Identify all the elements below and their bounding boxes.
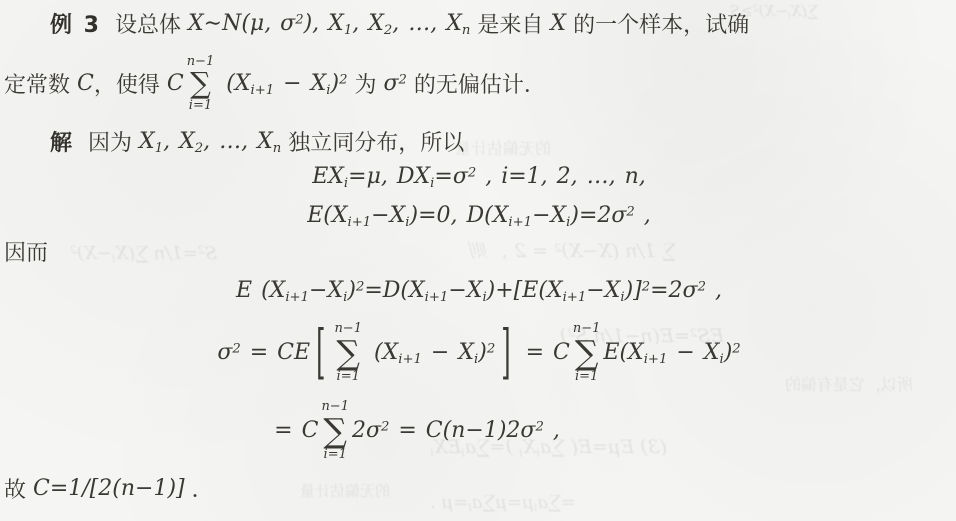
math-run: σ2 = CE	[217, 340, 310, 365]
math-run: X∼N(μ, σ2), X1, X2, …, Xn	[188, 11, 470, 36]
equation-e-d-diff: E(Xi+1−Xi)=0, D(Xi+1−Xi)=2σ2 ,	[4, 195, 954, 235]
statement-text: 故	[4, 473, 33, 504]
textbook-page: ∑(Xi−X)2≥S 的无偏估计量 ∑ 1/n (X−X)2 = 2 ，则 S2…	[0, 0, 956, 521]
conclusion-line: 故 C=1/[2(n−1)] ．	[4, 468, 954, 508]
math-run: E(Xi+1 − Xi)2	[603, 340, 740, 365]
sigma-icon: ∑	[336, 336, 360, 369]
statement-text: 是来自	[470, 8, 550, 39]
statement-text: ，使得	[94, 68, 167, 99]
big-left-bracket: [	[316, 318, 325, 387]
math-run: C=1/[2(n−1)]	[33, 476, 185, 501]
math-run: (Xi+1 − Xi)2	[217, 71, 347, 96]
example-label: 例 3	[50, 8, 101, 39]
equation-sigma-ce-sum: σ2 = CE [ n−1 ∑ i=1 (Xi+1 − Xi)2 ] = C n…	[4, 312, 954, 392]
math-run: = C	[517, 340, 570, 365]
sum-lower-limit: i=1	[324, 448, 347, 461]
math-run: C	[77, 71, 94, 96]
math-run: 2σ2 = C(n−1)2σ2 ,	[352, 418, 560, 443]
sigma-icon: ∑	[575, 336, 599, 369]
summation-symbol: n−1 ∑ i=1	[187, 55, 215, 112]
math-run: (Xi+1 − Xi)2	[365, 340, 495, 365]
statement-text: 设总体	[115, 8, 188, 39]
equation-continuation: = C n−1 ∑ i=1 2σ2 = C(n−1)2σ2 ,	[274, 400, 560, 461]
statement-text: 因而	[4, 236, 48, 267]
equation-c-sum-2sigma: = C n−1 ∑ i=1 2σ2 = C(n−1)2σ2 ,	[4, 392, 954, 468]
sum-lower-limit: i=1	[575, 370, 598, 383]
math-run: σ2	[383, 71, 406, 96]
text-column: 例 3 设总体 X∼N(μ, σ2), X1, X2, …, Xn 是来自 X …	[0, 0, 956, 508]
math-run: EXi=μ, DXi=σ2 , i=1, 2, …, n,	[312, 164, 646, 189]
connective-line: 因而	[4, 235, 954, 268]
sigma-icon: ∑	[323, 414, 347, 447]
solution-label: 解	[50, 126, 74, 157]
math-run: C	[167, 71, 184, 96]
sum-lower-limit: i=1	[189, 99, 212, 112]
big-right-bracket: ]	[501, 318, 510, 387]
summation-symbol: n−1 ∑ i=1	[321, 400, 349, 461]
math-run: E (Xi+1−Xi)2=D(Xi+1−Xi)+[E(Xi+1−Xi)]2=2σ…	[236, 278, 722, 303]
statement-text: 的无偏估计．	[407, 68, 546, 99]
example-statement-line-1: 例 3 设总体 X∼N(μ, σ2), X1, X2, …, Xn 是来自 X …	[4, 4, 954, 42]
statement-text: 定常数	[4, 68, 77, 99]
math-run: E(Xi+1−Xi)=0, D(Xi+1−Xi)=2σ2 ,	[307, 203, 651, 228]
sigma-icon: ∑	[190, 69, 211, 98]
statement-text: ．	[185, 473, 214, 504]
equation-e-diff-squared: E (Xi+1−Xi)2=D(Xi+1−Xi)+[E(Xi+1−Xi)]2=2σ…	[4, 268, 954, 312]
statement-text: 为	[347, 68, 383, 99]
equation-ex-dx: EXi=μ, DXi=σ2 , i=1, 2, …, n,	[4, 158, 954, 195]
math-run: X	[550, 11, 566, 36]
example-statement-line-2: 定常数 C ，使得 C n−1 ∑ i=1 (Xi+1 − Xi)2 为 σ2 …	[4, 42, 954, 124]
summation-symbol: n−1 ∑ i=1	[573, 322, 601, 383]
math-run: = C	[274, 418, 318, 443]
solution-line: 解 因为 X1, X2, …, Xn 独立同分布，所以	[4, 124, 954, 158]
math-run: X1, X2, …, Xn	[139, 129, 281, 154]
statement-text: 独立同分布，所以	[281, 126, 464, 157]
statement-text: 因为	[88, 126, 139, 157]
statement-text: 的一个样本，试确	[566, 8, 749, 39]
summation-symbol: n−1 ∑ i=1	[334, 322, 362, 383]
sum-lower-limit: i=1	[337, 370, 360, 383]
